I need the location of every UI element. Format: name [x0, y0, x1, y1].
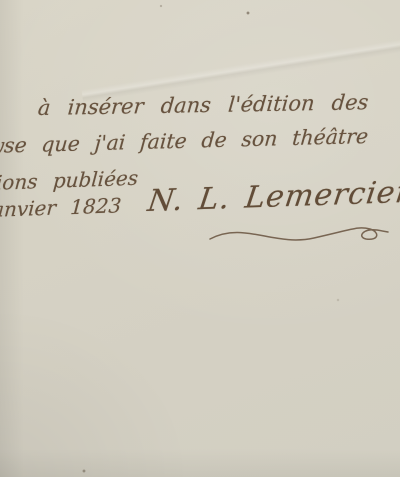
- signature: N. L. Lemercier: [146, 175, 400, 219]
- manuscript-photo: à insérer dans l'édition des lyse que j'…: [0, 0, 400, 477]
- handwritten-line-2: lyse que j'ai faite de son théâtre: [0, 124, 369, 158]
- handwritten-date-line: janvier 1823: [0, 193, 122, 222]
- handwritten-line-1: à insérer dans l'édition des: [37, 90, 370, 120]
- signature-flourish-icon: [206, 215, 392, 253]
- handwritten-line-3: tions publiées: [0, 166, 139, 195]
